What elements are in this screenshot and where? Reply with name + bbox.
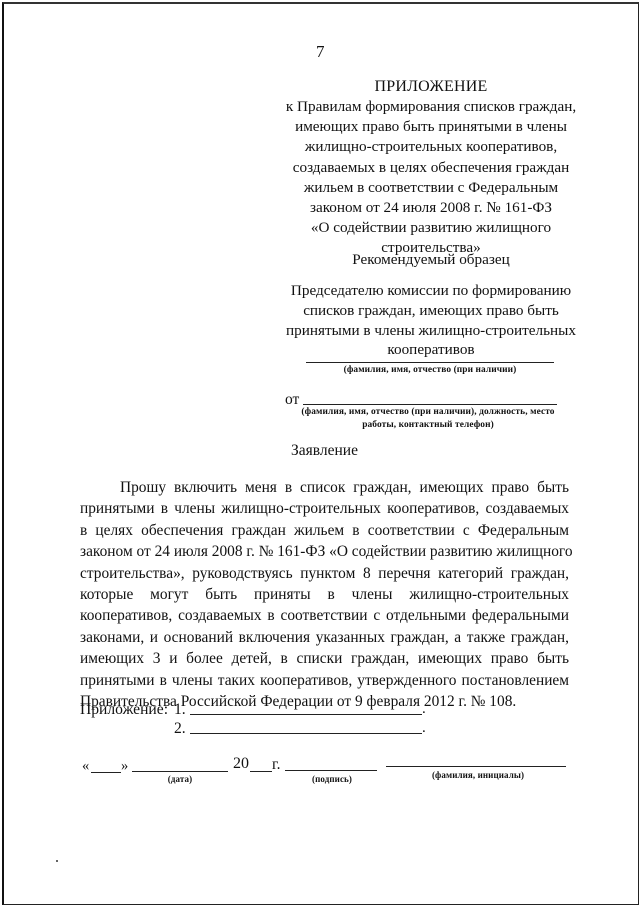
year-prefix: 20 [233,755,249,773]
appendix-subtitle-line: жилищно-строительных кооперативов, [262,137,600,157]
statement-heading: Заявление [291,442,358,460]
applicant-caption-line: (фамилия, имя, отчество (при наличии), д… [278,406,578,419]
name-initials-caption: (фамилия, инициалы) [416,769,540,782]
chairman-name-field[interactable] [306,362,554,363]
body-line: законом от 24 июля 2008 г. № 161-ФЗ «О с… [80,541,569,562]
day-field[interactable] [91,772,121,773]
appendix-subtitle-line: к Правилам формирования списков граждан, [262,97,600,117]
body-line: в целях обеспечения граждан жильем в соо… [80,520,569,541]
attachment-number: 1. [174,701,186,719]
attachment-number: 2. [174,720,186,738]
appendix-subtitle-line: законом от 24 июля 2008 г. № 161-ФЗ [262,198,600,218]
month-field[interactable] [132,771,228,772]
attachment-end-dot: . [422,701,426,718]
body-line: кооперативов, создаваемых в соответствии… [80,605,569,626]
chairman-name-caption: (фамилия, имя, отчество (при наличии) [300,364,560,377]
attachment-field-1[interactable] [190,714,422,715]
body-line: принятыми в члены таких кооперативов, ут… [80,670,569,691]
body-line: строительства», руководствуясь пунктом 8… [80,563,569,584]
statement-body: Прошу включить меня в список граждан, им… [80,477,569,712]
body-line: законами, и оснований включения указанны… [80,627,569,648]
body-line: принятыми в члены жилищно-строительных к… [80,498,569,519]
addressee-block: Председателю комиссии по формированию сп… [262,281,600,360]
attachment-field-2[interactable] [190,733,422,734]
attachment-end-dot: . [422,720,426,737]
signature-field[interactable] [285,770,377,771]
appendix-subtitle-line: создаваемых в целях обеспечения граждан [262,158,600,178]
day-open-quote: « [82,758,89,775]
applicant-caption: (фамилия, имя, отчество (при наличии), д… [278,406,578,432]
body-line: Прошу включить меня в список граждан, им… [80,477,569,498]
year-suffix: г. [272,756,280,774]
sample-label: Рекомендуемый образец [262,250,600,270]
addressee-line: принятыми в члены жилищно-строительных [262,321,600,341]
addressee-line: кооперативов [262,340,600,360]
addressee-line: списков граждан, имеющих право быть [262,301,600,321]
signature-caption: (подпись) [296,773,368,786]
attachments-label: Приложение: [80,701,168,719]
applicant-field[interactable] [303,404,557,405]
page-number-text: 7 [316,42,325,62]
year-field[interactable] [250,771,272,772]
appendix-subtitle-line: жильем в соответствии с Федеральным [262,178,600,198]
appendix-subtitle-line: имеющих право быть принятыми в члены [262,117,600,137]
day-close-quote: » [121,758,128,775]
scan-speck [56,860,58,862]
addressee-line: Председателю комиссии по формированию [262,281,600,301]
name-initials-field[interactable] [386,766,566,767]
appendix-subtitle-line: «О содействии развитию жилищного [262,218,600,238]
body-line: имеющих 3 и более детей, в списки гражда… [80,648,569,669]
date-caption: (дата) [150,773,210,786]
appendix-subtitle: к Правилам формирования списков граждан,… [262,97,600,259]
applicant-caption-line: работы, контактный телефон) [278,419,578,432]
appendix-title: ПРИЛОЖЕНИЕ [262,77,600,97]
body-line: которые могут быть приняты в члены жилищ… [80,584,569,605]
